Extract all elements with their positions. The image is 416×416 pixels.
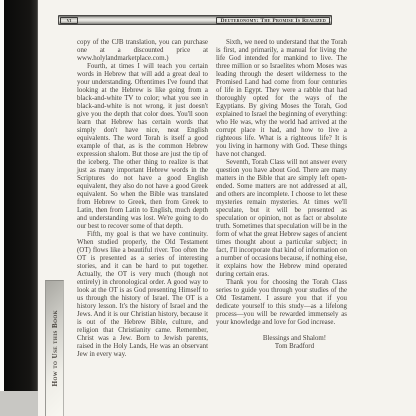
- body-paragraph: Seventh, Torah Class will not answer eve…: [216, 159, 347, 279]
- scan-edge-black: [4, 0, 38, 391]
- signature-block: Blessings and Shalom! Tom Bradford: [216, 335, 347, 351]
- running-head-title: Deuteronomy: The Promise Is Realized: [216, 17, 330, 24]
- running-header-bar: vi Deuteronomy: The Promise Is Realized: [58, 15, 332, 25]
- chapter-edge-tab: How to Use this Book: [45, 280, 64, 416]
- chapter-tab-label: How to Use this Book: [51, 310, 59, 387]
- body-paragraph: Fifth, my goal is that we have continuit…: [77, 231, 208, 359]
- body-paragraph: Thank you for choosing the Torah Class s…: [216, 279, 347, 327]
- body-paragraph: Sixth, we need to understand that the To…: [216, 39, 347, 159]
- right-text-column: Sixth, we need to understand that the To…: [216, 39, 347, 351]
- page-number: vi: [60, 17, 78, 24]
- left-text-column: copy of the CJB translation, you can pur…: [77, 39, 208, 359]
- body-paragraph: Fourth, at times I will teach you certai…: [77, 63, 208, 231]
- signature-author-name: Tom Bradford: [242, 343, 347, 351]
- body-paragraph: copy of the CJB translation, you can pur…: [77, 39, 208, 63]
- scan-edge-gray: [0, 391, 38, 416]
- signature-blessing: Blessings and Shalom!: [242, 335, 347, 343]
